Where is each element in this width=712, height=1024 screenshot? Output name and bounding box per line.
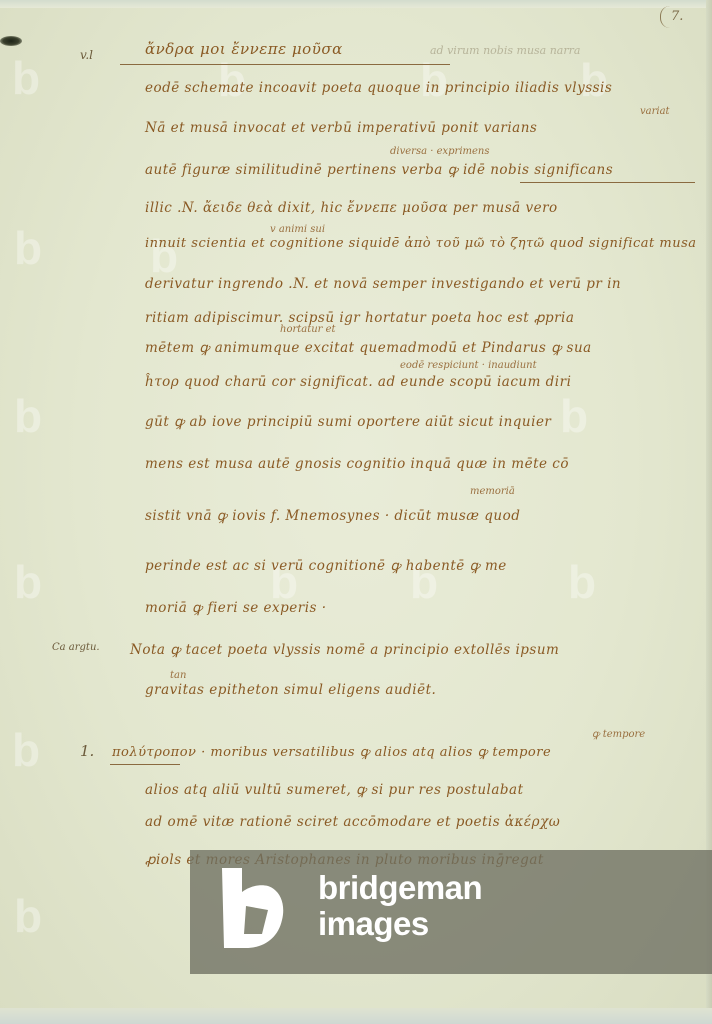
- interlinear-gloss: ꝙ tempore: [592, 726, 645, 740]
- interlinear-gloss: memoriā: [470, 486, 515, 497]
- numbered-line: πολύτροπον · moribus versatilibus ꝙ alio…: [112, 742, 551, 760]
- text-line: gūt ꝙ ab iove principiū sumi oportere ai…: [145, 412, 551, 430]
- folio-number: 7.: [660, 6, 700, 28]
- interlinear-gloss: hortatur et: [280, 324, 336, 335]
- interlinear-gloss: diversa · exprimens: [390, 146, 490, 157]
- text-line: perinde est ac si verū cognitionē ꝙ habe…: [145, 556, 507, 574]
- watermark-tile-icon: b: [14, 562, 48, 602]
- text-line: sistit vnā ꝙ iovis f. Mnemosynes · dicūt…: [145, 506, 520, 524]
- margin-mark: v.l: [80, 48, 93, 62]
- brand-line-2: images: [318, 906, 482, 942]
- text-line: ĥτορ quod charū cor significat. ad eunde…: [145, 374, 571, 390]
- interlinear-gloss: v animi sui: [270, 224, 325, 235]
- text-line: derivatur ingrendo .N. et novā semper in…: [145, 276, 621, 292]
- interlinear-gloss: eodē respiciunt · inaudiunt: [400, 360, 537, 371]
- watermark-tile-icon: b: [12, 730, 46, 770]
- nota-line: gravitas epitheton simul eligens audiēt.: [145, 682, 436, 698]
- ink-blot: [0, 36, 22, 46]
- page-bottom-edge: [0, 1008, 712, 1024]
- watermark-tile-icon: b: [14, 228, 48, 268]
- watermark-banner: bridgeman images: [190, 850, 712, 974]
- header-underline: [120, 64, 450, 65]
- numbered-line: ad omē vitæ rationē sciret accōmodare et…: [145, 814, 560, 830]
- header-line: ἄνδρα μοι ἔννεπε μοῦσα: [145, 40, 343, 58]
- text-line: eodē schemate incoavit poeta quoque in p…: [145, 80, 612, 96]
- line-number-marker: 1.: [80, 742, 94, 760]
- nota-line: Nota ꝙ tacet poeta vlyssis nomē a princi…: [130, 640, 559, 658]
- text-line: mētem ꝙ animumque excitat quemadmodū et …: [145, 338, 592, 356]
- interlinear-gloss: tan: [170, 670, 186, 681]
- watermark-tile-icon: b: [14, 896, 48, 936]
- watermark-tile-icon: b: [568, 562, 602, 602]
- watermark-tile-icon: b: [12, 58, 46, 98]
- text-underline: [520, 182, 695, 183]
- text-line: autē figuræ similitudinē pertinens verba…: [145, 160, 613, 178]
- margin-annotation: Ca argtu.: [52, 642, 100, 653]
- header-faint-gloss: ad virum nobis musa narra: [430, 44, 580, 57]
- brand-line-1: bridgeman: [318, 870, 482, 906]
- bridgeman-logo-icon: [220, 868, 284, 948]
- text-underline: [110, 764, 180, 765]
- text-line: mens est musa autē gnosis cognitio inquā…: [145, 456, 569, 472]
- manuscript-page: 7. b b b b b b b b b b b b b b v.l ἄνδρα…: [0, 0, 712, 1024]
- watermark-tile-icon: b: [14, 396, 48, 436]
- text-line: moriā ꝙ fieri se experis ·: [145, 598, 327, 616]
- watermark-brand-text: bridgeman images: [318, 870, 482, 942]
- numbered-line: alios atq aliū vultū sumeret, ꝙ si pur r…: [145, 780, 524, 798]
- page-top-edge: [0, 0, 712, 8]
- text-line: illic .N. ἄειδε θεὰ dixit, hic ἔννεπε μο…: [145, 200, 558, 216]
- text-line: Nā et musā invocat et verbū imperativū p…: [145, 120, 537, 136]
- text-line: ritiam adipiscimur. scipsū igr hortatur …: [145, 310, 574, 326]
- text-line: innuit scientia et cognitione siquidē ἀπ…: [145, 236, 697, 251]
- interlinear-gloss: variat: [640, 106, 670, 117]
- watermark-tile-icon: b: [560, 396, 594, 436]
